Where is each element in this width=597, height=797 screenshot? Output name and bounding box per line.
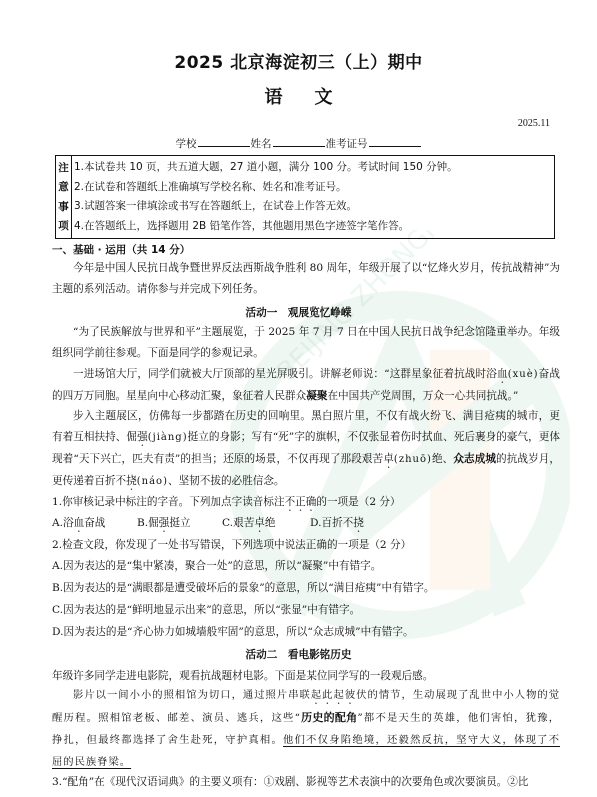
film-review-excerpt: 影片以一间小小的照相馆为切口，通过照片串联起此起彼伏的情节，生动展现了乱世中小人… <box>52 684 560 773</box>
notice-item: 1.本试卷共 10 页，共五道大题，27 道小题，满分 100 分。考试时间 1… <box>74 161 552 174</box>
activity1-paragraph-1: “为了民族解放与世界和平”主题展览，于 2025 年 7 月 7 日在中国人民抗… <box>52 322 560 364</box>
school-label: 学校 <box>176 138 197 150</box>
notice-box: 注 意 事 项 1.本试卷共 10 页，共五道大题，27 道小题，满分 100 … <box>55 155 555 239</box>
activity2-title: 活动二 看电影铭历史 <box>0 647 597 662</box>
notice-item: 2.在试卷和答题纸上准确填写学校名称、姓名和准考证号。 <box>74 181 552 194</box>
exam-date: 2025.11 <box>518 118 550 129</box>
activity1-paragraph-3: 步入主题展区，仿佛每一步都踏在历史的回响里。黑白照片里，不仅有战火纷飞、满目疮痍… <box>52 406 560 493</box>
exam-id-label: 准考证号 <box>326 138 368 150</box>
q2-option-b[interactable]: B.因为表达的是“满眼都是遭受破坏后的景象”的意思，所以“满目疮痍”中有错字。 <box>52 580 434 596</box>
exam-id-blank[interactable] <box>369 136 421 147</box>
q2-option-a[interactable]: A.因为表达的是“集中紧凑，聚合一处”的意思，所以“凝聚”中有错字。 <box>52 558 381 574</box>
question-1-stem: 1.你审核记录中标注的字音。下列加点字读音标注不正确的一项是（2 分） <box>52 494 401 514</box>
q1-option-b[interactable]: B.倔强挺立 <box>137 515 222 535</box>
q1-option-c[interactable]: C.艰苦卓绝 <box>222 515 310 535</box>
section-heading: 一、基础 · 运用（共 14 分） <box>52 242 190 257</box>
name-label: 姓名 <box>251 138 272 150</box>
subject-title: 语文 <box>0 83 597 109</box>
question-2-stem: 2.检查文段，你发现了一处书写错误，下列选项中说法正确的一项是（2 分） <box>52 537 411 553</box>
exam-title: 2025 北京海淀初三（上）期中 <box>0 48 597 73</box>
notice-item: 4.在答题纸上，选择题用 2B 铅笔作答，其他题用黑色字迹签字笔作答。 <box>74 220 552 233</box>
student-info-line: 学校姓名准考证号 <box>0 136 597 151</box>
activity1-title: 活动一 观展览忆峥嵘 <box>0 305 597 320</box>
q2-option-c[interactable]: C.因为表达的是“鲜明地显示出来”的意思，所以“张显”中有错字。 <box>52 602 360 618</box>
question-3-stem: 3.“配角”在《现代汉语词典》的主要义项有：①戏剧、影视等艺术表演中的次要角色或… <box>52 774 528 790</box>
q1-option-a[interactable]: A.浴血奋战 <box>52 515 137 535</box>
notice-item: 3.试题答案一律填涂或书写在答题纸上，在试卷上作答无效。 <box>74 200 552 213</box>
notice-heading: 注 意 事 项 <box>56 156 72 238</box>
q2-option-d[interactable]: D.因为表达的是“齐心协力如城墙般牢固”的意思，所以“众志成城”中有错字。 <box>52 624 414 640</box>
section-intro: 今年是中国人民抗日战争暨世界反法西斯战争胜利 80 周年，年级开展了以“忆烽火岁… <box>52 258 560 300</box>
name-blank[interactable] <box>273 136 325 147</box>
notice-items: 1.本试卷共 10 页，共五道大题，27 道小题，满分 100 分。考试时间 1… <box>72 156 554 238</box>
activity1-paragraph-2: 一进场馆大厅，同学们就被大厅顶部的星光屏吸引。讲解老师说：“这群星象征着抗战时浴… <box>52 364 560 407</box>
question-1-options: A.浴血奋战B.倔强挺立C.艰苦卓绝D.百折不挠 <box>52 515 364 535</box>
activity2-intro: 年级许多同学走进电影院，观看抗战题材电影。下面是某位同学写的一段观后感。 <box>52 668 433 684</box>
q1-option-d[interactable]: D.百折不挠 <box>310 515 364 535</box>
school-blank[interactable] <box>198 136 250 147</box>
